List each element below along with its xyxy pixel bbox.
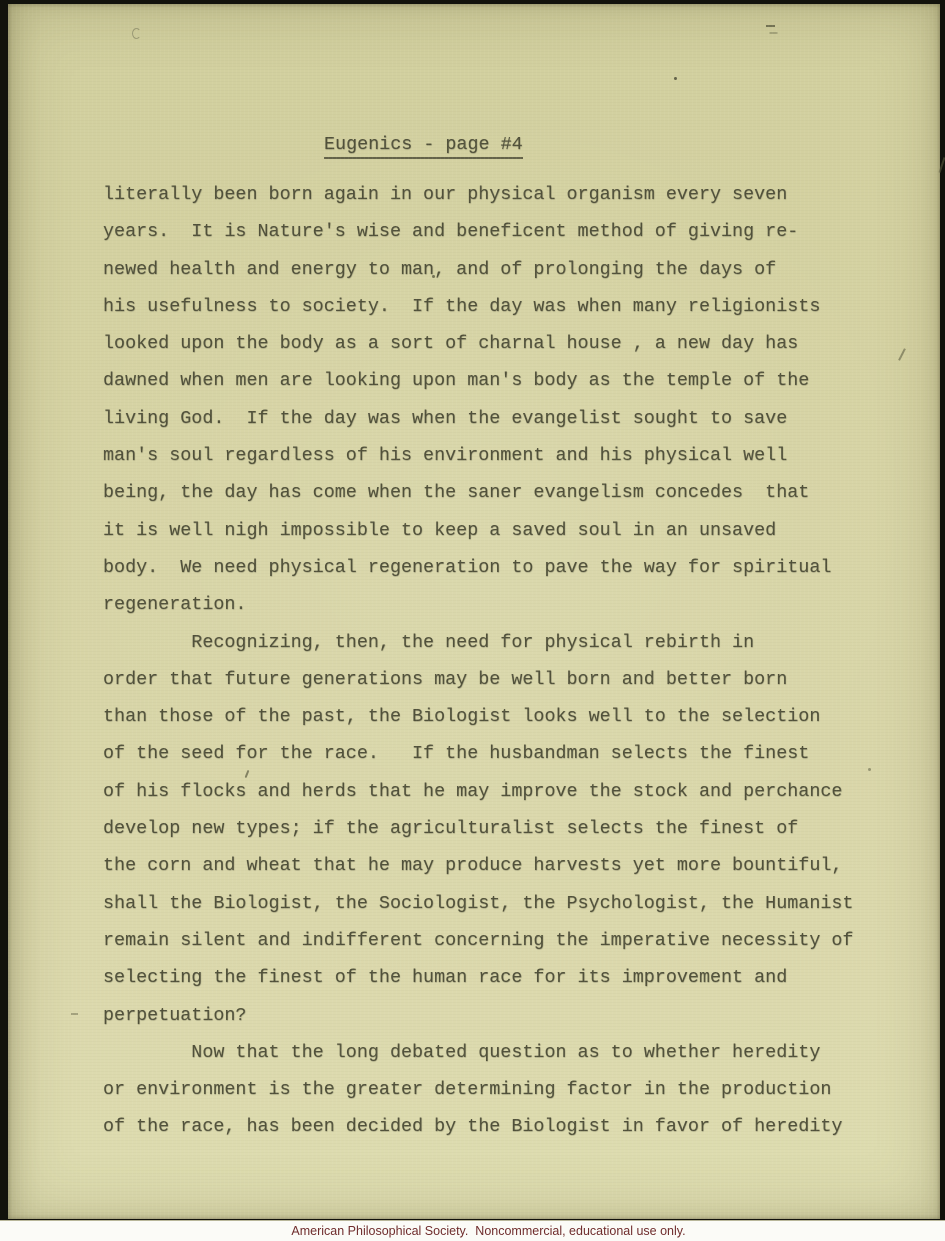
text-line: Recognizing, then, the need for physical… bbox=[103, 624, 903, 661]
text-line: living God. If the day was when the evan… bbox=[103, 400, 903, 437]
ink-smudge bbox=[71, 1013, 78, 1015]
ink-speck bbox=[674, 77, 677, 80]
text-line: dawned when men are looking upon man's b… bbox=[103, 362, 903, 399]
text-line: order that future generations may be wel… bbox=[103, 661, 903, 698]
text-line: develop new types; if the agriculturalis… bbox=[103, 810, 903, 847]
text-line: being, the day has come when the saner e… bbox=[103, 474, 903, 511]
text-line: remain silent and indifferent concerning… bbox=[103, 922, 903, 959]
text-line: of his flocks and herds that he may impr… bbox=[103, 773, 903, 810]
text-line: it is well nigh impossible to keep a sav… bbox=[103, 512, 903, 549]
text-line: Now that the long debated question as to… bbox=[103, 1034, 903, 1071]
text-line: years. It is Nature's wise and beneficen… bbox=[103, 213, 903, 250]
page-title: Eugenics - page #4 bbox=[324, 134, 523, 159]
text-line: his usefulness to society. If the day wa… bbox=[103, 288, 903, 325]
text-line: body. We need physical regeneration to p… bbox=[103, 549, 903, 586]
text-line: the corn and wheat that he may produce h… bbox=[103, 847, 903, 884]
text-line: perpetuation? bbox=[103, 997, 903, 1034]
text-line: looked upon the body as a sort of charna… bbox=[103, 325, 903, 362]
paper: Eugenics - page #4 literally been born a… bbox=[8, 4, 940, 1219]
text-line: regeneration. bbox=[103, 586, 903, 623]
scanned-page: Eugenics - page #4 literally been born a… bbox=[0, 0, 945, 1241]
ink-smudge bbox=[132, 28, 141, 39]
ink-stroke bbox=[939, 157, 945, 173]
footer-credit: American Philosophical Society. Noncomme… bbox=[0, 1221, 945, 1241]
text-line: literally been born again in our physica… bbox=[103, 176, 903, 213]
typed-text-block: literally been born again in our physica… bbox=[103, 176, 903, 1146]
text-line: shall the Biologist, the Sociologist, th… bbox=[103, 885, 903, 922]
footer-strip: American Philosophical Society. Noncomme… bbox=[0, 1220, 945, 1241]
text-line: or environment is the greater determinin… bbox=[103, 1071, 903, 1108]
text-line: of the race, has been decided by the Bio… bbox=[103, 1108, 903, 1145]
ink-smudge bbox=[766, 25, 775, 27]
text-line: newed health and energy to man, and of p… bbox=[103, 251, 903, 288]
text-line: of the seed for the race. If the husband… bbox=[103, 735, 903, 772]
text-line: man's soul regardless of his environment… bbox=[103, 437, 903, 474]
text-line: selecting the finest of the human race f… bbox=[103, 959, 903, 996]
text-line: than those of the past, the Biologist lo… bbox=[103, 698, 903, 735]
